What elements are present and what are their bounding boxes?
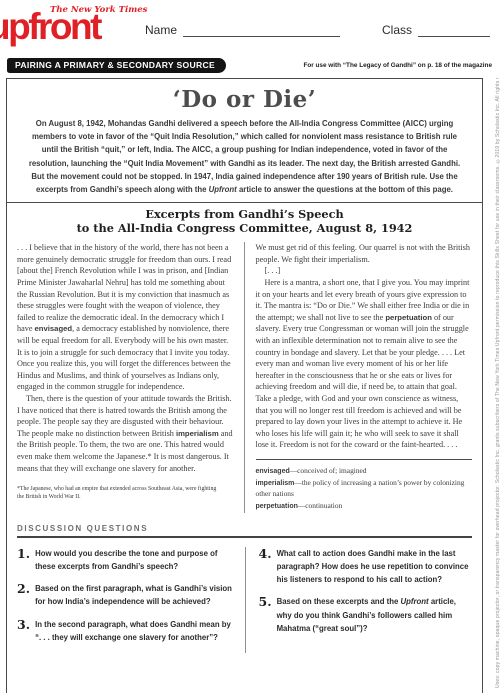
- speech-paragraph-4: Here is a mantra, a short one, that I gi…: [256, 277, 473, 451]
- footnote: *The Japanese, who had an empire that ex…: [17, 486, 235, 501]
- nyt-wordmark: The New York Times: [50, 5, 147, 15]
- question-item-5: 5. Based on these excerpts and the Upfro…: [259, 595, 473, 635]
- name-class-fields: Name Class: [145, 22, 490, 37]
- question-number: 2.: [17, 582, 30, 608]
- question-text: How would you describe the tone and purp…: [35, 547, 234, 573]
- speech-paragraph-1: . . . I believe that in the history of t…: [17, 242, 235, 393]
- excerpt-heading: Excerpts from Gandhi’s Speech to the All…: [17, 208, 472, 235]
- speech-column-right: We must get rid of this feeling. Our qua…: [245, 242, 473, 513]
- excerpt-heading-line1: Excerpts from Gandhi’s Speech: [17, 208, 472, 222]
- question-number: 3.: [17, 618, 30, 644]
- page-title: ‘Do or Die’: [17, 86, 472, 113]
- class-label: Class: [382, 23, 412, 37]
- question-item-2: 2. Based on the first paragraph, what is…: [17, 582, 235, 608]
- page-header: The New York Times upfront Name Class: [0, 0, 500, 56]
- question-number: 4.: [259, 547, 272, 587]
- glossary-entry-perpetuation: perpetuation—continuation: [256, 501, 473, 512]
- question-text: In the second paragraph, what does Gandh…: [35, 618, 234, 644]
- question-item-3: 3. In the second paragraph, what does Ga…: [17, 618, 235, 644]
- name-label: Name: [145, 23, 177, 37]
- speech-paragraph-2: Then, there is the question of your atti…: [17, 393, 235, 474]
- speech-ellipsis: [. . .]: [256, 265, 473, 277]
- question-column-right: 4. What call to action does Gandhi make …: [245, 547, 473, 653]
- speech-column-left: . . . I believe that in the history of t…: [17, 242, 245, 513]
- question-number: 5.: [259, 595, 272, 635]
- name-blank-line[interactable]: [183, 22, 340, 37]
- class-blank-line[interactable]: [418, 22, 490, 37]
- glossary-entry-imperialism: imperialism—the policy of increasing a n…: [256, 478, 473, 499]
- upfront-logo: The New York Times upfront: [0, 4, 100, 50]
- divider-rule: [7, 202, 482, 203]
- for-use-note: For use with “The Legacy of Gandhi” on p…: [303, 62, 492, 69]
- question-columns: 1. How would you describe the tone and p…: [17, 547, 472, 653]
- speech-columns: . . . I believe that in the history of t…: [17, 242, 472, 513]
- question-number: 1.: [17, 547, 30, 573]
- worksheet-body: ‘Do or Die’ On August 8, 1942, Mohandas …: [6, 78, 483, 693]
- question-column-left: 1. How would you describe the tone and p…: [17, 547, 245, 653]
- question-item-4: 4. What call to action does Gandhi make …: [259, 547, 473, 587]
- discussion-questions-rule: [17, 536, 472, 538]
- copyright-notice: Uses: copy machine, opaque projector, or…: [495, 78, 500, 688]
- discussion-questions-heading: DISCUSSION QUESTIONS: [17, 524, 472, 533]
- source-pairing-tag: PAIRING A PRIMARY & SECONDARY SOURCE: [7, 58, 226, 73]
- question-item-1: 1. How would you describe the tone and p…: [17, 547, 235, 573]
- excerpt-heading-line2: to the All-India Congress Committee, Aug…: [17, 222, 472, 236]
- glossary-entry-envisaged: envisaged—conceived of; imagined: [256, 466, 473, 477]
- question-text: Based on the first paragraph, what is Ga…: [35, 582, 234, 608]
- question-text: What call to action does Gandhi make in …: [277, 547, 472, 587]
- intro-paragraph: On August 8, 1942, Mohandas Gandhi deliv…: [17, 117, 472, 196]
- worksheet-page: The New York Times upfront Name Class PA…: [0, 0, 500, 693]
- banner-row: PAIRING A PRIMARY & SECONDARY SOURCE For…: [7, 58, 492, 73]
- glossary: envisaged—conceived of; imagined imperia…: [256, 459, 473, 512]
- speech-paragraph-3: We must get rid of this feeling. Our qua…: [256, 242, 473, 265]
- question-text: Based on these excerpts and the Upfront …: [277, 595, 472, 635]
